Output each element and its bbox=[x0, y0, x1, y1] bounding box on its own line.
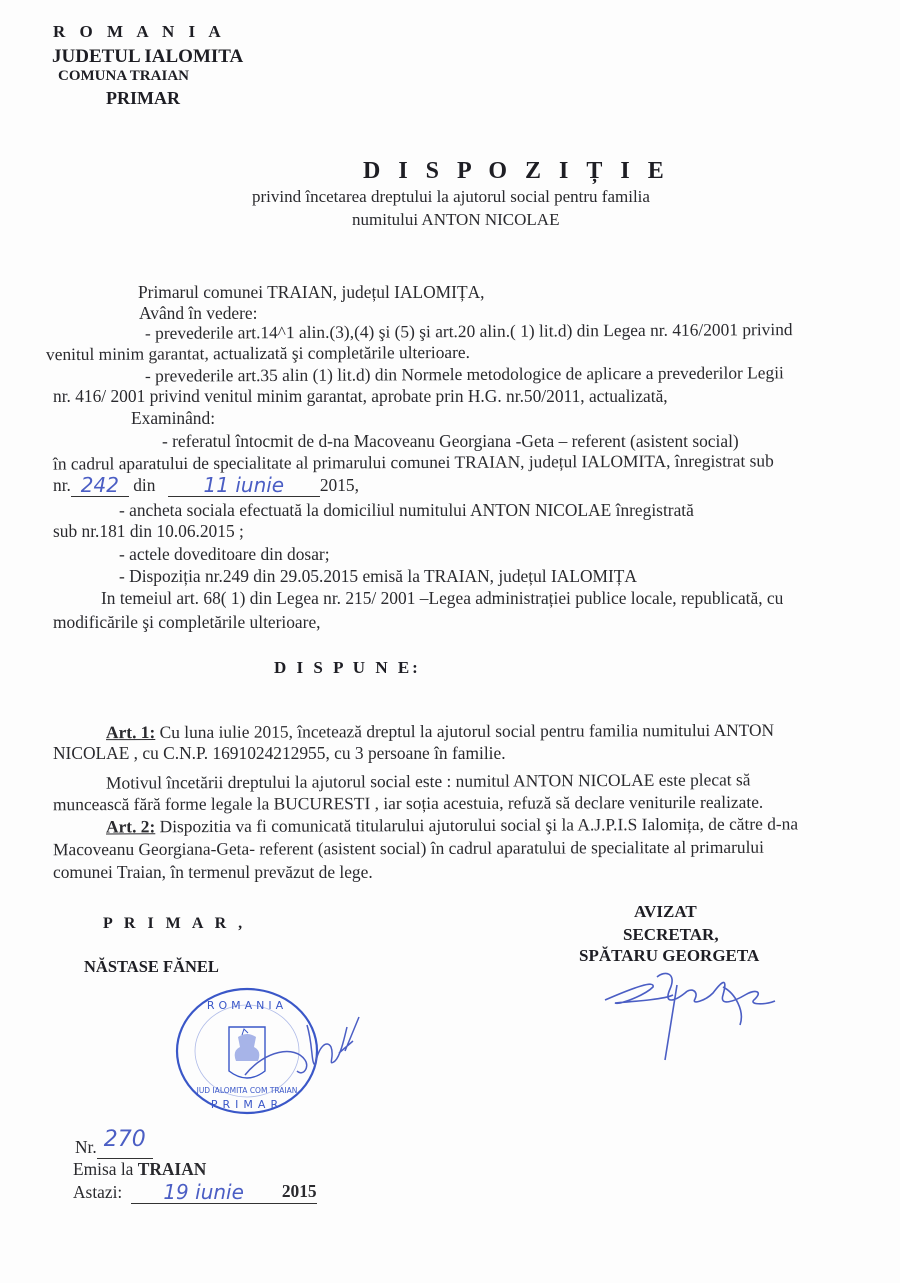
article-1-label: Art. 1: bbox=[106, 722, 155, 742]
stamp-bottom-text: PRIMAR bbox=[211, 1098, 283, 1111]
referat-number-handwritten: 242 bbox=[71, 473, 129, 497]
header-office: PRIMAR bbox=[106, 88, 180, 109]
dispune-heading: D I S P U N E: bbox=[274, 658, 421, 678]
article-1-line: Motivul încetării dreptului la ajutorul … bbox=[106, 769, 751, 793]
preamble-line: Primarul comunei TRAIAN, județul IALOMIȚ… bbox=[138, 282, 484, 303]
preamble-line: - prevederile art.35 alin (1) lit.d) din… bbox=[145, 362, 784, 386]
mayor-name: NĂSTASE FĂNEL bbox=[84, 957, 219, 977]
issue-year: 2015 bbox=[282, 1181, 317, 1202]
secretary-signature-icon bbox=[595, 965, 795, 1065]
preamble-line: - prevederile art.14^1 alin.(3),(4) şi (… bbox=[145, 319, 793, 344]
preamble-line: In temeiul art. 68( 1) din Legea nr. 215… bbox=[101, 588, 783, 609]
referat-registration-line: nr.242 din 11 iunie 2015, bbox=[53, 475, 359, 497]
secretary-title: SECRETAR, bbox=[623, 925, 719, 945]
preamble-line: sub nr.181 din 10.06.2015 ; bbox=[53, 521, 244, 542]
document-title: D I S P O Z I Ț I E bbox=[363, 158, 670, 185]
preamble-line: Având în vedere: bbox=[139, 303, 257, 324]
mayor-title: P R I M A R , bbox=[103, 915, 246, 933]
article-1-line: NICOLAE , cu C.N.P. 1691024212955, cu 3 … bbox=[53, 743, 506, 764]
secretary-name: SPĂTARU GEORGETA bbox=[579, 946, 759, 966]
header-country: R O M A N I A bbox=[53, 22, 226, 42]
issued-at-place: TRAIAN bbox=[138, 1159, 207, 1179]
decision-number-handwritten: 270 bbox=[97, 1127, 153, 1152]
stamp-side-text: JUD IALOMITA COM TRAIAN bbox=[196, 1086, 298, 1095]
referat-number-field: 242 bbox=[71, 475, 129, 497]
decision-number-field: 270 bbox=[97, 1137, 153, 1159]
article-2-line: Art. 2: Dispozitia va fi comunicată titu… bbox=[106, 813, 798, 837]
preamble-line: modificările şi completările ulterioare, bbox=[53, 612, 321, 633]
header-county: JUDETUL IALOMITA bbox=[52, 46, 243, 68]
article-1-line: Art. 1: Cu luna iulie 2015, încetează dr… bbox=[106, 720, 774, 743]
preamble-line: venitul minim garantat, actualizată şi c… bbox=[46, 342, 470, 365]
document-subtitle-line2: numitului ANTON NICOLAE bbox=[352, 210, 559, 230]
article-2-line: Macoveanu Georgiana-Geta- referent (asis… bbox=[53, 837, 764, 860]
referat-date-handwritten: 11 iunie bbox=[168, 473, 320, 497]
issue-date-line: Astazi: 19 iunie 2015 bbox=[73, 1182, 317, 1204]
preamble-line: - actele doveditoare din dosar; bbox=[119, 544, 330, 565]
preamble-line: în cadrul aparatului de specialitate al … bbox=[53, 450, 774, 474]
issued-at-line: Emisa la TRAIAN bbox=[73, 1159, 206, 1180]
header-commune: COMUNA TRAIAN bbox=[58, 68, 189, 85]
mayor-signature-icon bbox=[235, 1005, 375, 1085]
preamble-line: Examinând: bbox=[131, 408, 215, 429]
article-1-line: muncească fără forme legale la BUCURESTI… bbox=[53, 792, 763, 815]
issue-date-handwritten: 19 iunie bbox=[141, 1180, 267, 1204]
referat-date-field: 11 iunie bbox=[168, 475, 320, 497]
decision-number-line: Nr.270 bbox=[75, 1137, 153, 1159]
article-2-label: Art. 2: bbox=[106, 816, 155, 836]
article-2-line: comunei Traian, în termenul prevăzut de … bbox=[53, 862, 373, 883]
issue-date-field: 19 iunie 2015 bbox=[131, 1182, 317, 1204]
preamble-line: nr. 416/ 2001 privind venitul minim gara… bbox=[53, 386, 668, 407]
approval-label: AVIZAT bbox=[634, 902, 697, 922]
preamble-line: - ancheta sociala efectuată la domiciliu… bbox=[119, 500, 694, 521]
preamble-line: - Dispoziția nr.249 din 29.05.2015 emisă… bbox=[119, 566, 637, 587]
document-subtitle-line1: privind încetarea dreptului la ajutorul … bbox=[252, 187, 650, 207]
preamble-line: - referatul întocmit de d-na Macoveanu G… bbox=[162, 431, 739, 452]
